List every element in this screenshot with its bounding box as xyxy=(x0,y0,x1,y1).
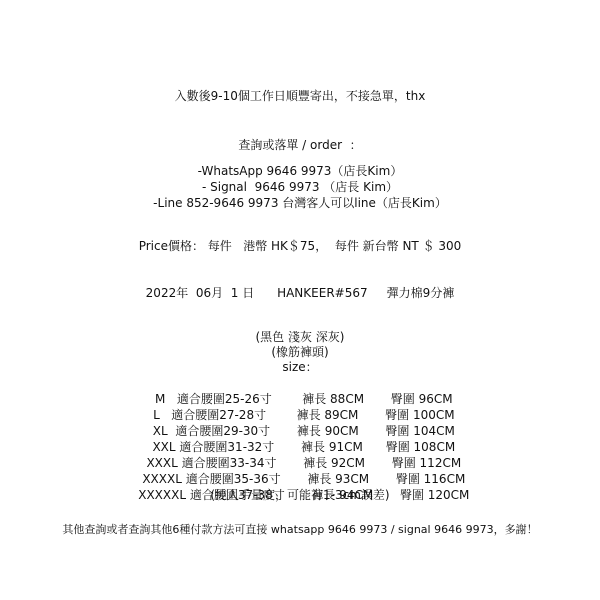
waist-type-text: (橡筋褲頭) xyxy=(0,344,600,360)
size-label: size： xyxy=(0,359,600,375)
price-text: Price價格： 每件 港幣 HK＄75， 每件 新台幣 NT ＄ 300 xyxy=(0,238,600,254)
footer-text: 其他查詢或者查詢其他6種付款方法可直接 whatsapp 9646 9973 /… xyxy=(0,522,600,538)
measurement-note: (純人手量度，可能有1-3cm誤差) xyxy=(0,487,600,503)
product-info: 2022年 06月 1 日 HANKEER#567 彈力棉9分褲 xyxy=(0,285,600,301)
contact-signal: - Signal 9646 9973 （店長 Kim） xyxy=(0,179,600,195)
order-heading: 查詢或落單 / order ： xyxy=(0,137,600,153)
notice-text: 入數後9-10個工作日順豐寄出，不接急單，thx xyxy=(0,88,600,104)
contact-line: -Line 852-9646 9973 台灣客人可以line（店長Kim） xyxy=(0,195,600,211)
colors-text: (黑色 淺灰 深灰) xyxy=(0,329,600,345)
contact-whatsapp: -WhatsApp 9646 9973（店長Kim） xyxy=(0,163,600,179)
